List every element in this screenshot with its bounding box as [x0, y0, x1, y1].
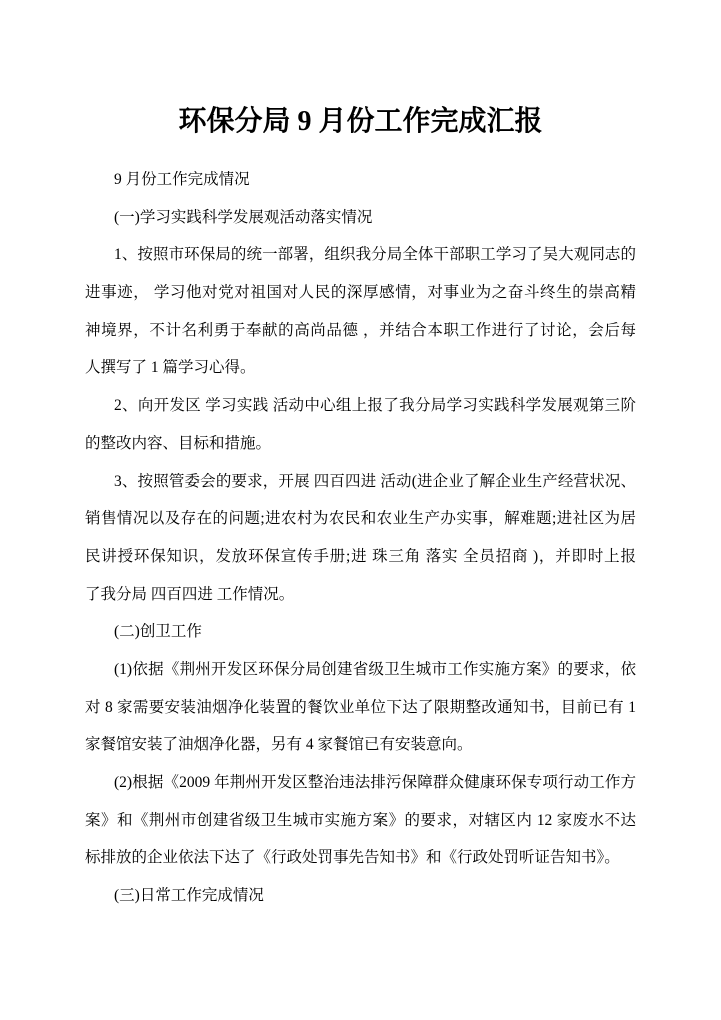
- document-line: 人撰写了 1 篇学习心得。: [85, 349, 636, 387]
- document-line: 标排放的企业依法下达了《行政处罚事先告知书》和《行政处罚听证告知书》。: [85, 839, 636, 877]
- document-line: (2)根据《2009 年荆州开发区整治违法排污保障群众健康环保专项行动工作方: [85, 764, 636, 802]
- document-line: 家餐馆安装了油烟净化器，另有 4 家餐馆已有安装意向。: [85, 726, 636, 764]
- document-line: 案》和《荆州市创建省级卫生城市实施方案》的要求，对辖区内 12 家废水不达: [85, 802, 636, 840]
- document-line: 对 8 家需要安装油烟净化装置的餐饮业单位下达了限期整改通知书，目前已有 1: [85, 689, 636, 727]
- document-line: (一)学习实践科学发展观活动落实情况: [85, 199, 636, 237]
- document-line: (二)创卫工作: [85, 613, 636, 651]
- document-line: 2、向开发区 学习实践 活动中心组上报了我分局学习实践科学发展观第三阶段: [85, 387, 636, 425]
- document-line: 民讲授环保知识，发放环保宣传手册;进 珠三角 落实 全员招商 )，并即时上报: [85, 538, 636, 576]
- document-line: (三)日常工作完成情况: [85, 877, 636, 915]
- document-title: 环保分局 9 月份工作完成汇报: [0, 107, 721, 137]
- document-page: 环保分局 9 月份工作完成汇报 9 月份工作完成情况(一)学习实践科学发展观活动…: [0, 0, 721, 1020]
- document-line: 9 月份工作完成情况: [85, 161, 636, 199]
- document-line: 1、按照市环保局的统一部署，组织我分局全体干部职工学习了吴大观同志的先: [85, 236, 636, 274]
- document-line: 的整改内容、目标和措施。: [85, 425, 636, 463]
- document-body: 9 月份工作完成情况(一)学习实践科学发展观活动落实情况1、按照市环保局的统一部…: [85, 161, 636, 915]
- document-line: 神境界，不计名利勇于奉献的高尚品德 ，并结合本职工作进行了讨论，会后每: [85, 312, 636, 350]
- document-line: 销售情况以及存在的问题;进农村为农民和农业生产办实事，解难题;进社区为居: [85, 500, 636, 538]
- document-line: 了我分局 四百四进 工作情况。: [85, 576, 636, 614]
- document-line: (1)依据《荆州开发区环保分局创建省级卫生城市工作实施方案》的要求，依法: [85, 651, 636, 689]
- document-line: 3、按照管委会的要求，开展 四百四进 活动(进企业了解企业生产经营状况、: [85, 463, 636, 501]
- document-line: 进事迹， 学习他对党对祖国对人民的深厚感情，对事业为之奋斗终生的崇高精: [85, 274, 636, 312]
